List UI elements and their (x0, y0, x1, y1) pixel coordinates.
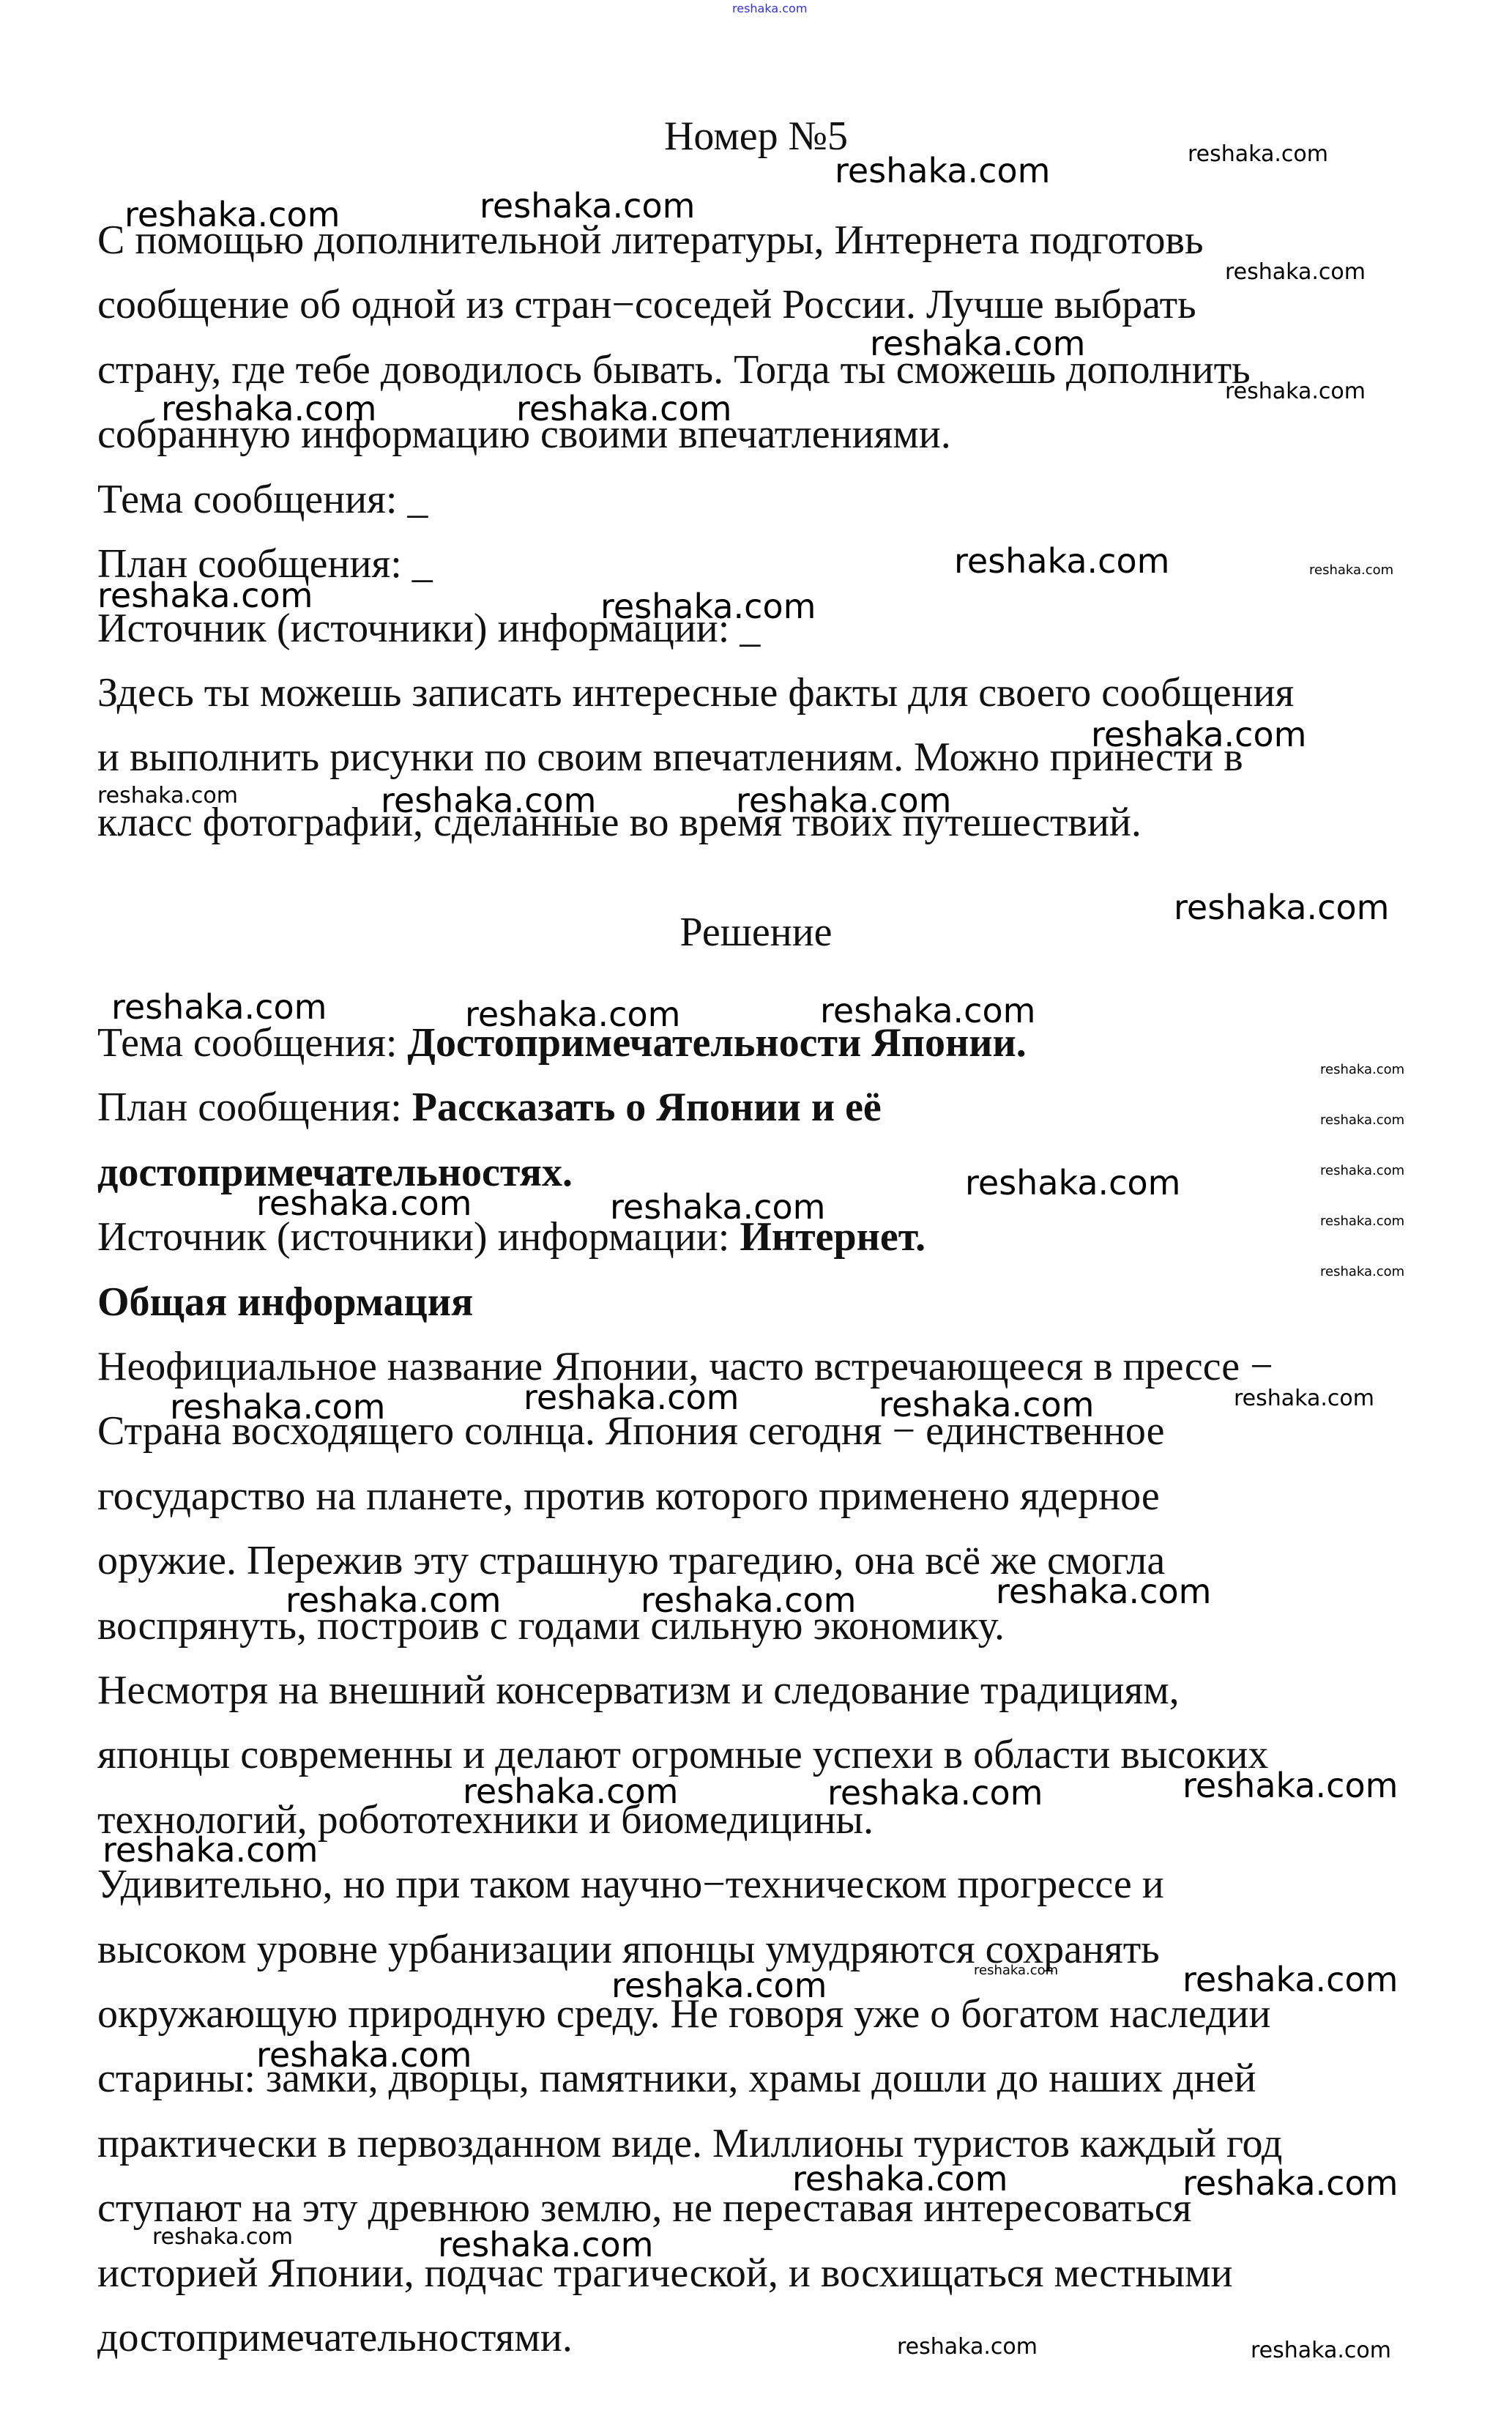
watermark: reshaka.com (965, 1166, 1180, 1200)
watermark: reshaka.com (996, 1575, 1211, 1608)
watermark: reshaka.com (124, 198, 340, 231)
watermark: reshaka.com (974, 1964, 1058, 1977)
watermark: reshaka.com (610, 1190, 825, 1224)
section-heading-text: Общая информация (97, 1279, 473, 1325)
watermark: reshaka.com (463, 1774, 678, 1808)
task-line: сообщение об одной из стран−соседей Росс… (97, 284, 1196, 325)
watermark: reshaka.com (1234, 1388, 1374, 1410)
watermark: reshaka.com (152, 2226, 293, 2248)
watermark: reshaka.com (465, 997, 680, 1031)
watermark: reshaka.com (524, 1380, 739, 1414)
watermark: reshaka.com (170, 1390, 385, 1424)
note-line: и выполнить рисунки по своим впечатления… (97, 737, 1243, 778)
watermark: reshaka.com (792, 2162, 1008, 2196)
watermark: reshaka.com (1320, 1265, 1404, 1279)
body-line: ступают на эту древнюю землю, не переста… (97, 2188, 1191, 2229)
watermark: reshaka.com (111, 990, 327, 1024)
watermark: reshaka.com (1320, 1063, 1404, 1077)
watermark: reshaka.com (641, 1583, 856, 1617)
watermark: reshaka.com (103, 1833, 318, 1867)
watermark: reshaka.com (97, 785, 238, 807)
watermark: reshaka.com (835, 154, 1050, 187)
watermark: reshaka.com (381, 784, 596, 817)
watermark: reshaka.com (1183, 2166, 1398, 2200)
watermark: reshaka.com (820, 994, 1035, 1027)
watermark: reshaka.com (879, 1388, 1094, 1421)
watermark: reshaka.com (161, 392, 376, 425)
body-line: Несмотря на внешний консерватизм и следо… (97, 1670, 1180, 1711)
theme-prefix: Тема сообщения: (97, 1020, 407, 1066)
watermark: reshaka.com (954, 544, 1169, 578)
top-site-link[interactable]: reshaka.com (732, 1, 807, 15)
watermark: reshaka.com (256, 2038, 472, 2072)
watermark: reshaka.com (897, 2336, 1038, 2358)
watermark: reshaka.com (600, 590, 816, 623)
note-line: Здесь ты можешь записать интересные факт… (97, 672, 1294, 713)
watermark: reshaka.com (870, 327, 1085, 360)
watermark: reshaka.com (516, 392, 731, 425)
body-line: историей Японии, подчас трагической, и в… (97, 2253, 1233, 2294)
plan-prefix: План сообщения: (97, 1085, 412, 1130)
watermark: reshaka.com (1320, 1114, 1404, 1127)
body-line: государство на планете, против которого … (97, 1476, 1160, 1517)
watermark: reshaka.com (1188, 144, 1328, 166)
watermark: reshaka.com (1320, 1164, 1404, 1178)
body-line: японцы современны и делают огромные успе… (97, 1734, 1268, 1775)
watermark: reshaka.com (1174, 891, 1389, 924)
watermark: reshaka.com (611, 1969, 827, 2002)
watermark: reshaka.com (736, 784, 951, 817)
watermark: reshaka.com (438, 2228, 653, 2261)
section-heading: Общая информация (97, 1282, 473, 1323)
note-line: класс фотографии, сделанные во время тво… (97, 802, 1142, 843)
theme-label: Тема сообщения: _ (97, 479, 428, 520)
watermark: reshaka.com (1251, 2340, 1391, 2362)
body-line: практически в первозданном виде. Миллион… (97, 2123, 1282, 2164)
solution-plan: План сообщения: Рассказать о Японии и её (97, 1087, 882, 1128)
watermark: reshaka.com (827, 1776, 1043, 1810)
watermark: reshaka.com (1225, 381, 1366, 403)
body-line: достопримечательностями. (97, 2317, 573, 2358)
watermark: reshaka.com (1309, 564, 1393, 577)
body-line: воспрянуть, построив с годами сильную эк… (97, 1605, 1005, 1646)
watermark: reshaka.com (1320, 1215, 1404, 1228)
watermark: reshaka.com (97, 579, 313, 612)
watermark: reshaka.com (1183, 1769, 1398, 1802)
watermark: reshaka.com (286, 1583, 501, 1617)
watermark: reshaka.com (1091, 718, 1306, 751)
body-line: Удивительно, но при таком научно−техниче… (97, 1864, 1164, 1905)
watermark: reshaka.com (480, 189, 695, 223)
watermark: reshaka.com (1183, 1963, 1398, 1996)
watermark: reshaka.com (256, 1186, 472, 1220)
watermark: reshaka.com (1225, 261, 1366, 283)
plan-value: Рассказать о Японии и её (412, 1085, 882, 1130)
